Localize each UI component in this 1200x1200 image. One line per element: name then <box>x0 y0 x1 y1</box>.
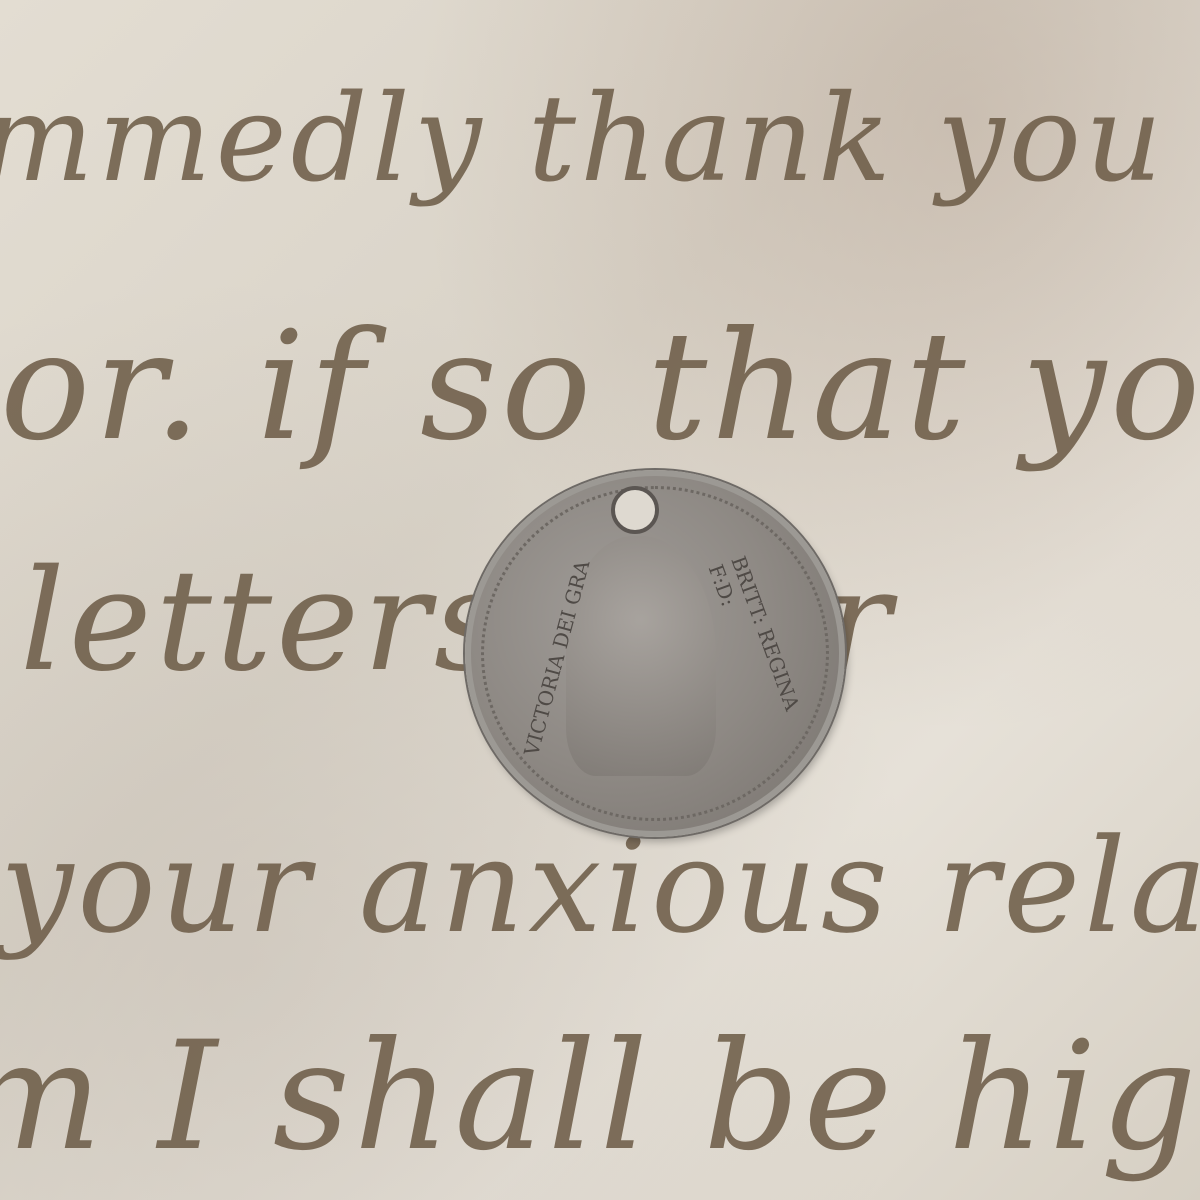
handwriting-line: or. if so that you ha <box>0 300 1200 474</box>
handwriting-line: your anxious rela <box>0 810 1200 962</box>
silver-coin: VICTORIA DEI GRA BRITT: REGINA F:D: <box>465 470 845 837</box>
handwriting-line: m I shall be highly <box>0 1010 1200 1184</box>
coin-hole <box>611 486 659 534</box>
handwriting-line: mmedly thank you ho <box>0 70 1200 209</box>
